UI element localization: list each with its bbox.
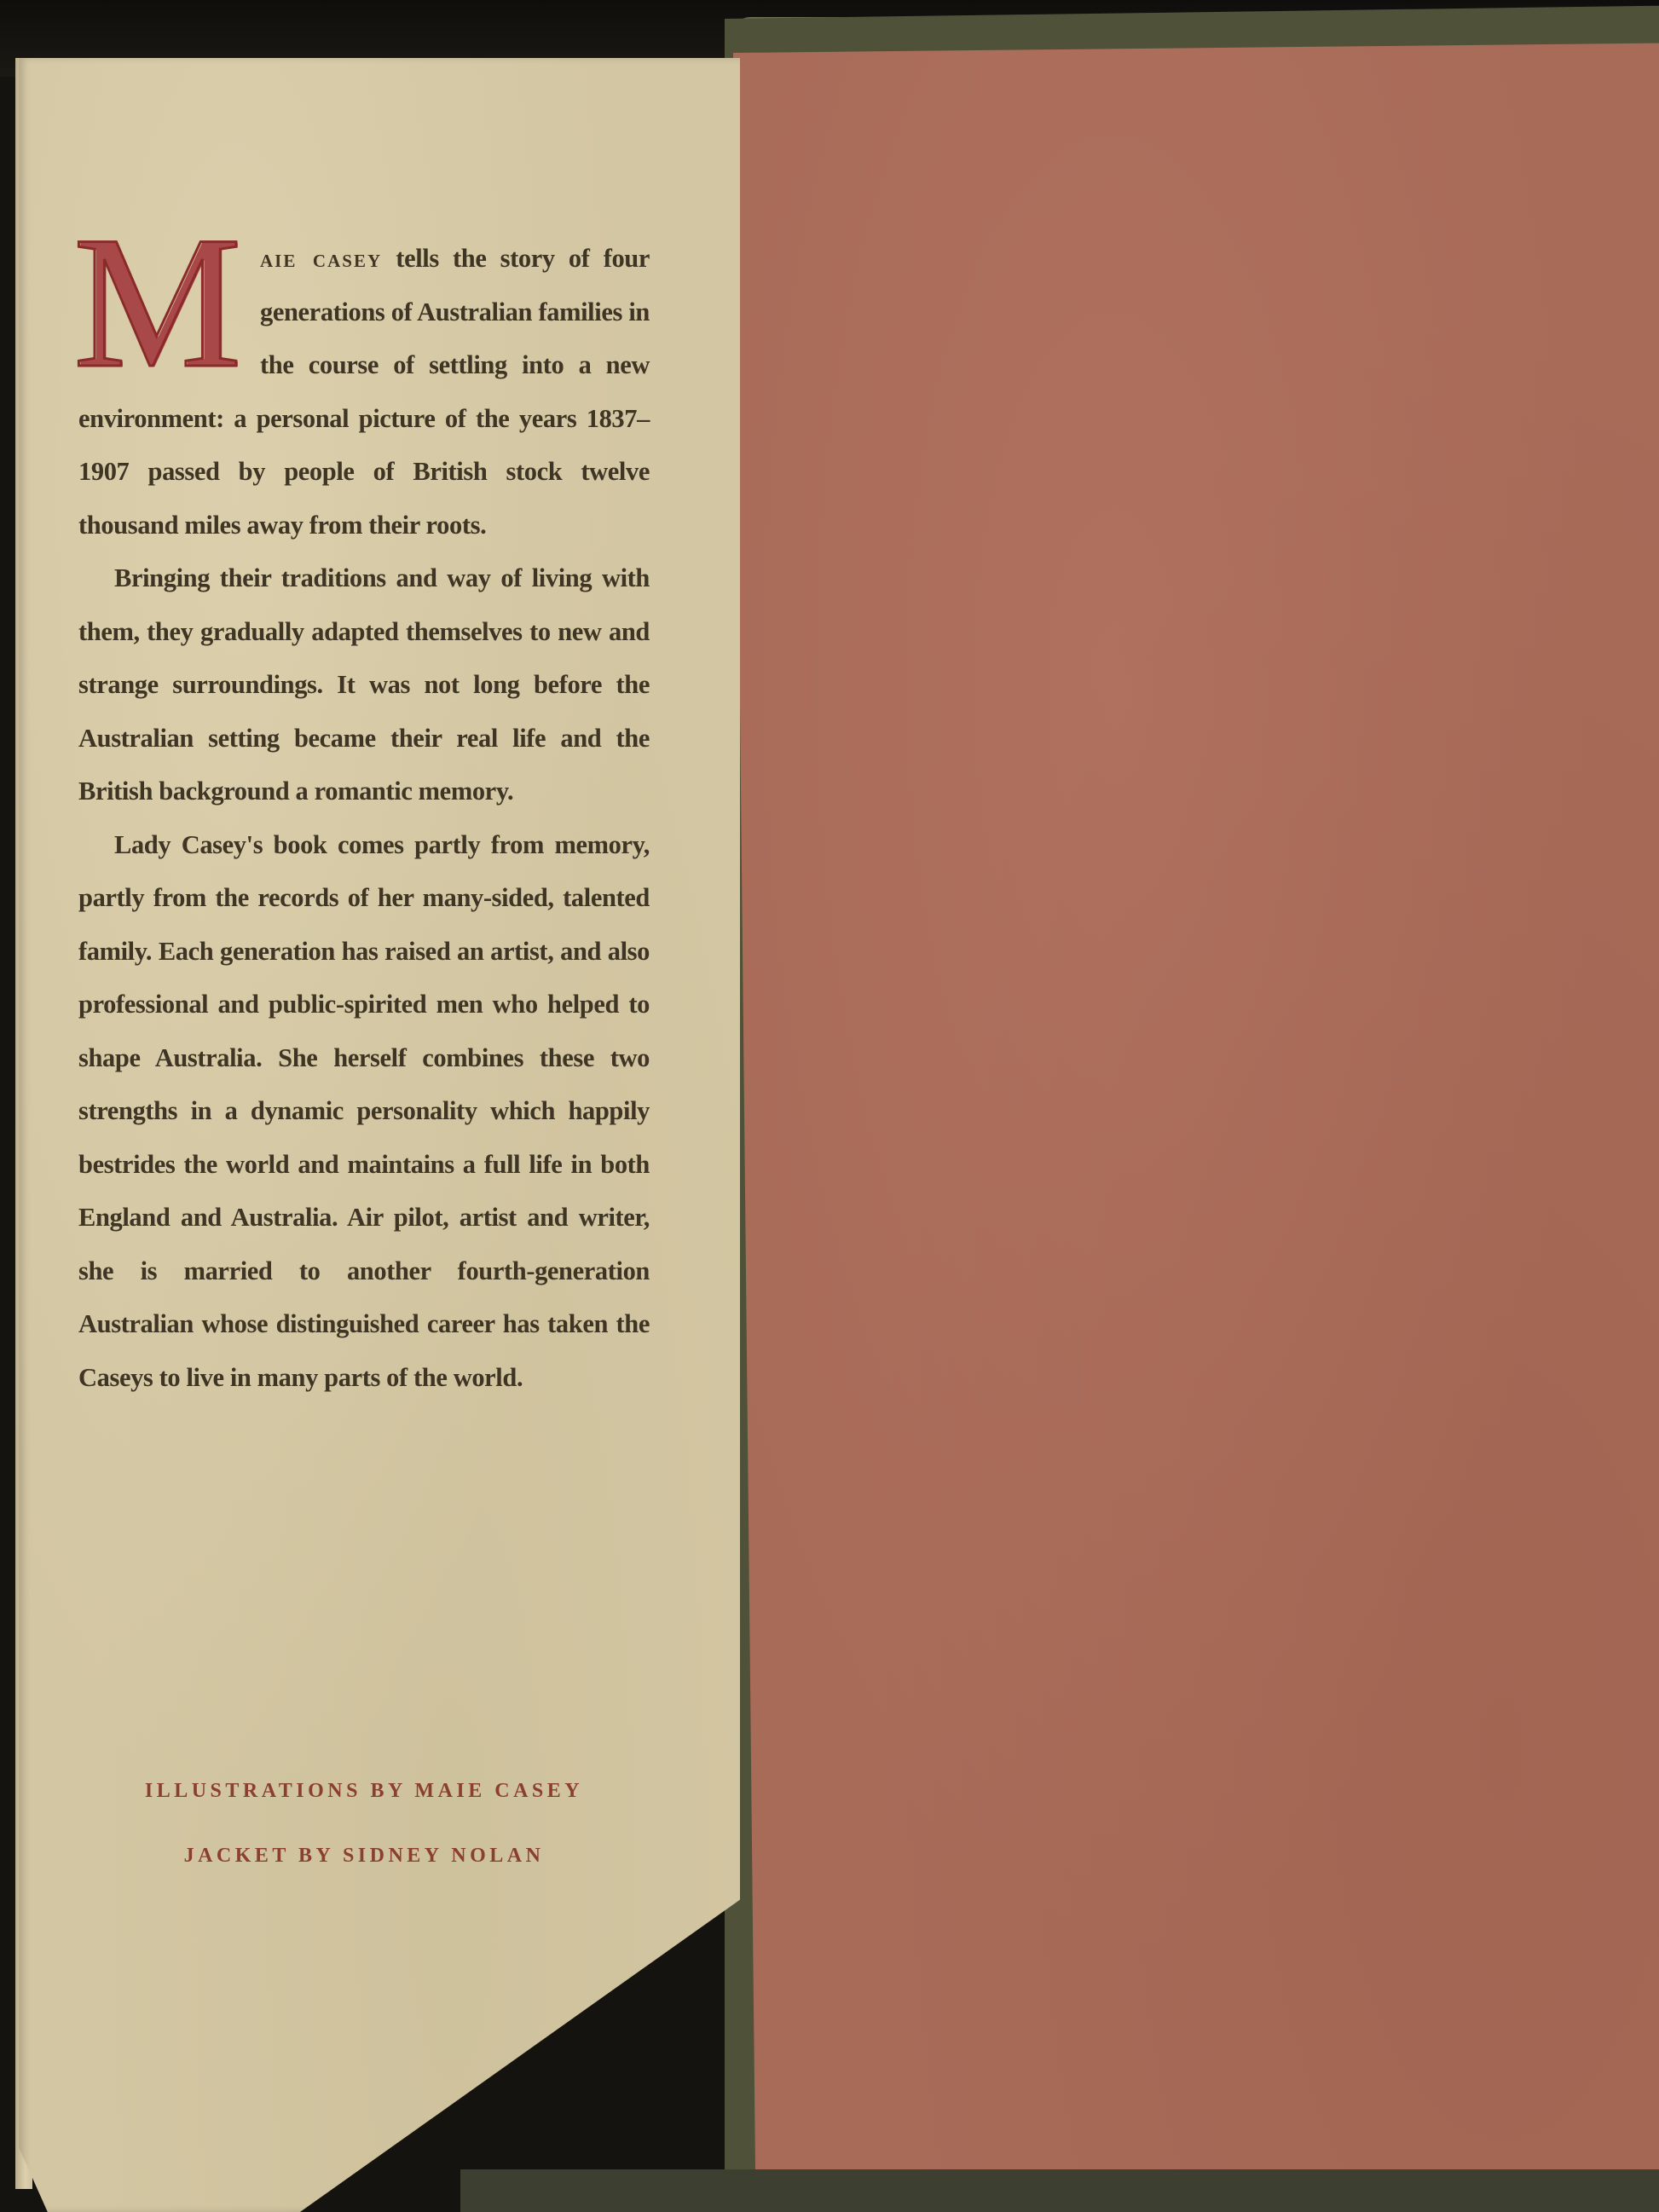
author-name-smallcaps: aie casey (260, 244, 382, 273)
flap-blurb: Maie casey tells the story of four gener… (78, 232, 650, 1404)
book-cover-pink (733, 43, 1659, 2185)
blurb-paragraph-2: Bringing their traditions and way of liv… (78, 552, 650, 818)
blurb-paragraph-1: Maie casey tells the story of four gener… (78, 232, 650, 552)
jacket-credit: JACKET BY SIDNEY NOLAN (78, 1845, 650, 1868)
book-board-bottom-edge (460, 2169, 1659, 2212)
drop-cap: M (73, 232, 241, 375)
blurb-paragraph-3: Lady Casey's book comes partly from memo… (78, 818, 650, 1405)
illustrations-credit: ILLUSTRATIONS BY MAIE CASEY (78, 1780, 650, 1803)
